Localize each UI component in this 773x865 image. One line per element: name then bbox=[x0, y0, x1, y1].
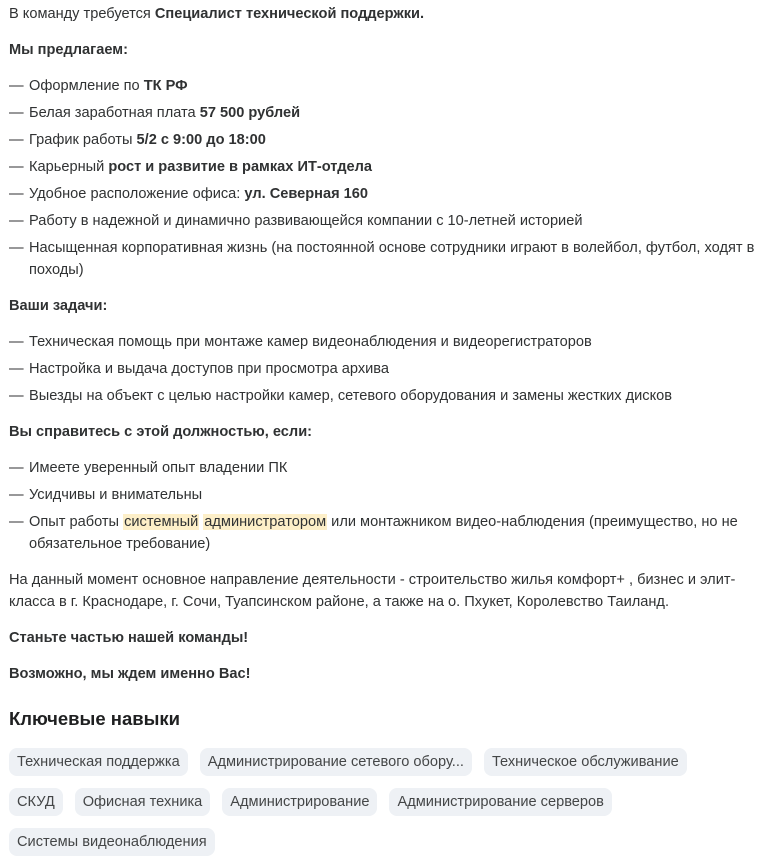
list-item: —Карьерный рост и развитие в рамках ИТ-о… bbox=[9, 156, 769, 178]
intro: В команду требуется Специалист техническ… bbox=[9, 3, 769, 25]
list-item: —Опыт работы системный администратором и… bbox=[9, 511, 769, 555]
skill-tag: Администрирование сетевого обору... bbox=[200, 748, 472, 776]
tasks-list: —Техническая помощь при монтаже камер ви… bbox=[9, 331, 769, 407]
list-item: —Удобное расположение офиса: ул. Северна… bbox=[9, 183, 769, 205]
key-skills-list: Техническая поддержка Администрирование … bbox=[9, 748, 749, 856]
requirements-list: —Имеете уверенный опыт владении ПК —Усид… bbox=[9, 457, 769, 555]
skill-tag: Администрирование серверов bbox=[389, 788, 611, 816]
requirements-title: Вы справитесь с этой должностью, если: bbox=[9, 421, 769, 443]
tasks-title: Ваши задачи: bbox=[9, 295, 769, 317]
skill-tag: Техническая поддержка bbox=[9, 748, 188, 776]
list-item: —Работу в надежной и динамично развивающ… bbox=[9, 210, 769, 232]
list-item: —Оформление по ТК РФ bbox=[9, 75, 769, 97]
vacancy-description: В команду требуется Специалист техническ… bbox=[0, 0, 769, 856]
search-highlight: администратором bbox=[203, 514, 327, 530]
skill-tag: Техническое обслуживание bbox=[484, 748, 687, 776]
offer-list: —Оформление по ТК РФ —Белая заработная п… bbox=[9, 75, 769, 281]
call-to-action: Возможно, мы ждем именно Вас! bbox=[9, 663, 769, 685]
call-to-action: Станьте частью нашей команды! bbox=[9, 627, 769, 649]
search-highlight: системный bbox=[123, 514, 199, 530]
skill-tag: Администрирование bbox=[222, 788, 377, 816]
list-item: —Белая заработная плата 57 500 рублей bbox=[9, 102, 769, 124]
key-skills-title: Ключевые навыки bbox=[9, 707, 769, 731]
list-item: —Насыщенная корпоративная жизнь (на пост… bbox=[9, 237, 769, 281]
skill-tag: Системы видеонаблюдения bbox=[9, 828, 215, 856]
list-item: —Усидчивы и внимательны bbox=[9, 484, 769, 506]
skill-tag: Офисная техника bbox=[75, 788, 211, 816]
list-item: —График работы 5/2 с 9:00 до 18:00 bbox=[9, 129, 769, 151]
offer-title: Мы предлагаем: bbox=[9, 39, 769, 61]
list-item: —Выезды на объект с целью настройки каме… bbox=[9, 385, 769, 407]
about-company: На данный момент основное направление де… bbox=[9, 569, 769, 613]
list-item: —Техническая помощь при монтаже камер ви… bbox=[9, 331, 769, 353]
list-item: —Имеете уверенный опыт владении ПК bbox=[9, 457, 769, 479]
list-item: —Настройка и выдача доступов при просмот… bbox=[9, 358, 769, 380]
skill-tag: СКУД bbox=[9, 788, 63, 816]
